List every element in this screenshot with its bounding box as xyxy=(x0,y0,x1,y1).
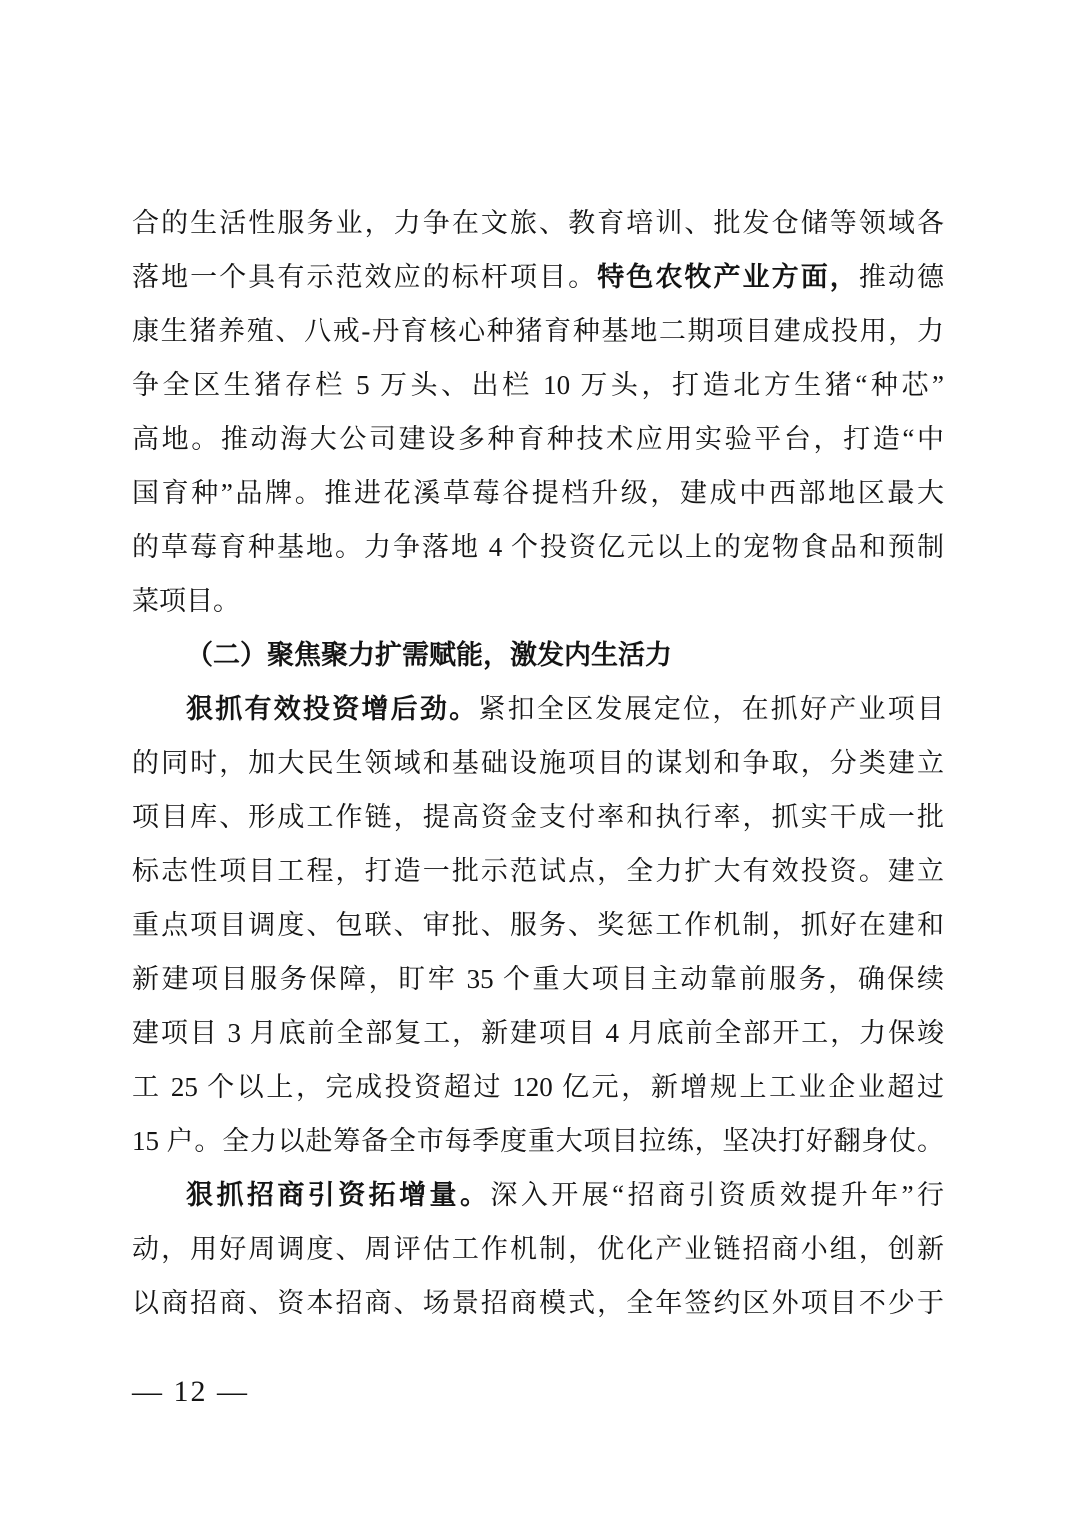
text-segment: 深入开展“招商引资质效提升年”行 xyxy=(490,1180,944,1210)
text-line: 以商招商、资本招商、场景招商模式，全年签约区外项目不少于 xyxy=(132,1276,944,1330)
text-segment: 工 25 个以上，完成投资超过 120 亿元，新增规上工业企业超过 xyxy=(132,1072,944,1102)
bold-segment: 狠抓招商引资拓增量。 xyxy=(186,1180,490,1210)
text-segment: 推动德 xyxy=(859,262,944,292)
text-segment: 合的生活性服务业，力争在文旅、教育培训、批发仓储等领域各 xyxy=(132,208,944,238)
page-number: — 12 — xyxy=(132,1370,249,1414)
text-line: 狠抓有效投资增后劲。紧扣全区发展定位，在抓好产业项目 xyxy=(132,682,944,736)
text-segment: 动，用好周调度、周评估工作机制，优化产业链招商小组，创新 xyxy=(132,1234,944,1264)
text-line: 动，用好周调度、周评估工作机制，优化产业链招商小组，创新 xyxy=(132,1222,944,1276)
text-line: 康生猪养殖、八戒-丹育核心种猪育种基地二期项目建成投用，力 xyxy=(132,304,944,358)
text-line: 菜项目。 xyxy=(132,574,944,628)
document-page: 合的生活性服务业，力争在文旅、教育培训、批发仓储等领域各落地一个具有示范效应的标… xyxy=(0,0,1074,1520)
bold-segment: 狠抓有效投资增后劲。 xyxy=(186,694,478,724)
text-line: 标志性项目工程，打造一批示范试点，全力扩大有效投资。建立 xyxy=(132,844,944,898)
document-body: 合的生活性服务业，力争在文旅、教育培训、批发仓储等领域各落地一个具有示范效应的标… xyxy=(132,196,944,1330)
bold-segment: （二）聚焦聚力扩需赋能，激发内生活力 xyxy=(186,640,672,670)
text-segment: 项目库、形成工作链，提高资金支付率和执行率，抓实干成一批 xyxy=(132,802,944,832)
text-segment: 康生猪养殖、八戒-丹育核心种猪育种基地二期项目建成投用，力 xyxy=(132,316,944,346)
text-line: 合的生活性服务业，力争在文旅、教育培训、批发仓储等领域各 xyxy=(132,196,944,250)
text-line: 落地一个具有示范效应的标杆项目。特色农牧产业方面，推动德 xyxy=(132,250,944,304)
text-segment: 的同时，加大民生领域和基础设施项目的谋划和争取，分类建立 xyxy=(132,748,944,778)
text-segment: 重点项目调度、包联、审批、服务、奖惩工作机制，抓好在建和 xyxy=(132,910,944,940)
text-line: 工 25 个以上，完成投资超过 120 亿元，新增规上工业企业超过 xyxy=(132,1060,944,1114)
bold-segment: 特色农牧产业方面， xyxy=(597,262,859,292)
text-segment: 15 户。全力以赴筹备全市每季度重大项目拉练，坚决打好翻身仗。 xyxy=(132,1126,944,1156)
text-line: 国育种”品牌。推进花溪草莓谷提档升级，建成中西部地区最大 xyxy=(132,466,944,520)
text-segment: 高地。推动海大公司建设多种育种技术应用实验平台，打造“中 xyxy=(132,424,944,454)
text-segment: 以商招商、资本招商、场景招商模式，全年签约区外项目不少于 xyxy=(132,1288,944,1318)
text-line: 的同时，加大民生领域和基础设施项目的谋划和争取，分类建立 xyxy=(132,736,944,790)
text-segment: 建项目 3 月底前全部复工，新建项目 4 月底前全部开工，力保竣 xyxy=(132,1018,944,1048)
text-line: 高地。推动海大公司建设多种育种技术应用实验平台，打造“中 xyxy=(132,412,944,466)
text-line: 15 户。全力以赴筹备全市每季度重大项目拉练，坚决打好翻身仗。 xyxy=(132,1114,944,1168)
text-segment: 标志性项目工程，打造一批示范试点，全力扩大有效投资。建立 xyxy=(132,856,944,886)
text-segment: 新建项目服务保障，盯牢 35 个重大项目主动靠前服务，确保续 xyxy=(132,964,944,994)
text-line: 的草莓育种基地。力争落地 4 个投资亿元以上的宠物食品和预制 xyxy=(132,520,944,574)
text-segment: 菜项目。 xyxy=(132,586,240,616)
text-line: 建项目 3 月底前全部复工，新建项目 4 月底前全部开工，力保竣 xyxy=(132,1006,944,1060)
text-line: 重点项目调度、包联、审批、服务、奖惩工作机制，抓好在建和 xyxy=(132,898,944,952)
text-line: 项目库、形成工作链，提高资金支付率和执行率，抓实干成一批 xyxy=(132,790,944,844)
section-heading: （二）聚焦聚力扩需赋能，激发内生活力 xyxy=(132,628,944,682)
text-segment: 国育种”品牌。推进花溪草莓谷提档升级，建成中西部地区最大 xyxy=(132,478,944,508)
text-segment: 争全区生猪存栏 5 万头、出栏 10 万头，打造北方生猪“种芯” xyxy=(132,370,944,400)
text-segment: 的草莓育种基地。力争落地 4 个投资亿元以上的宠物食品和预制 xyxy=(132,532,944,562)
text-segment: 紧扣全区发展定位，在抓好产业项目 xyxy=(478,694,944,724)
text-segment: 落地一个具有示范效应的标杆项目。 xyxy=(132,262,597,292)
text-line: 争全区生猪存栏 5 万头、出栏 10 万头，打造北方生猪“种芯” xyxy=(132,358,944,412)
text-line: 狠抓招商引资拓增量。深入开展“招商引资质效提升年”行 xyxy=(132,1168,944,1222)
text-line: 新建项目服务保障，盯牢 35 个重大项目主动靠前服务，确保续 xyxy=(132,952,944,1006)
